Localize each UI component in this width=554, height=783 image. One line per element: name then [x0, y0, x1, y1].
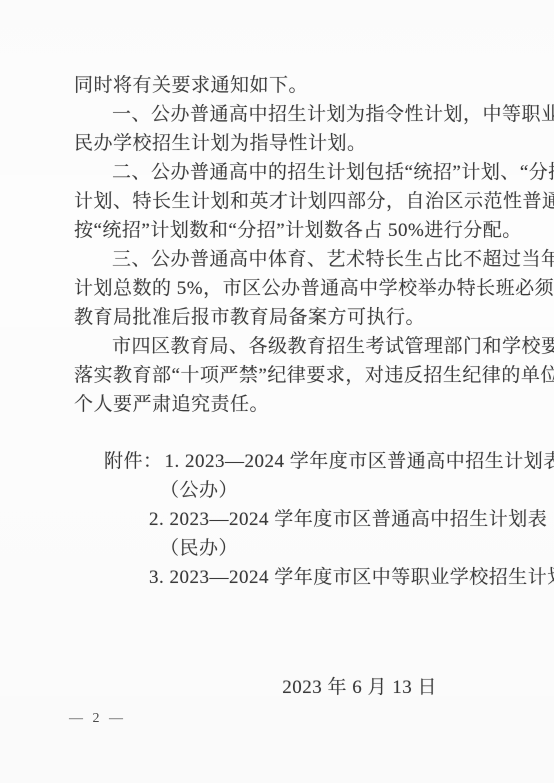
- attachment-item-2-subtitle: （民办）: [160, 534, 534, 563]
- attachment-item-1-subtitle: （公办）: [160, 476, 534, 505]
- body-line: 落实教育部“十项严禁”纪律要求，对违反招生纪律的单位和: [74, 361, 484, 390]
- body-line: 三、公办普通高中体育、艺术特长生占比不超过当年招生: [74, 245, 484, 274]
- document-page: 同时将有关要求通知如下。 一、公办普通高中招生计划为指令性计划，中等职业学校、 …: [0, 0, 554, 783]
- attachment-item-1-title: 1. 2023—2024 学年度市区普通高中招生计划表: [165, 451, 554, 472]
- attachment-list: 附件：1. 2023—2024 学年度市区普通高中招生计划表 （公办） 2. 2…: [104, 447, 534, 592]
- body-line: 民办学校招生计划为指导性计划。: [74, 129, 484, 158]
- body-line: 计划、特长生计划和英才计划四部分，自治区示范性普通高中: [74, 187, 484, 216]
- document-date: 2023 年 6 月 13 日: [282, 674, 437, 701]
- body-line: 同时将有关要求通知如下。: [74, 71, 484, 100]
- attachment-item-2-title: 2. 2023—2024 学年度市区普通高中招生计划表: [149, 505, 534, 534]
- page-number: — 2 —: [69, 710, 126, 728]
- document-body: 同时将有关要求通知如下。 一、公办普通高中招生计划为指令性计划，中等职业学校、 …: [74, 71, 484, 419]
- body-line: 教育局批准后报市教育局备案方可执行。: [74, 303, 484, 332]
- body-line: 按“统招”计划数和“分招”计划数各占 50%进行分配。: [74, 216, 484, 245]
- body-line: 市四区教育局、各级教育招生考试管理部门和学校要严格: [74, 332, 484, 361]
- attachment-item-1: 附件：1. 2023—2024 学年度市区普通高中招生计划表: [104, 447, 534, 476]
- body-line: 个人要严肃追究责任。: [74, 390, 484, 419]
- body-line: 二、公办普通高中的招生计划包括“统招”计划、“分招”: [74, 158, 484, 187]
- attachment-item-3-title: 3. 2023—2024 学年度市区中等职业学校招生计划表: [149, 563, 534, 592]
- body-line: 计划总数的 5%，市区公办普通高中学校举办特长班必须经主管: [74, 274, 484, 303]
- body-line: 一、公办普通高中招生计划为指令性计划，中等职业学校、: [74, 100, 484, 129]
- attachment-label: 附件：: [104, 451, 163, 472]
